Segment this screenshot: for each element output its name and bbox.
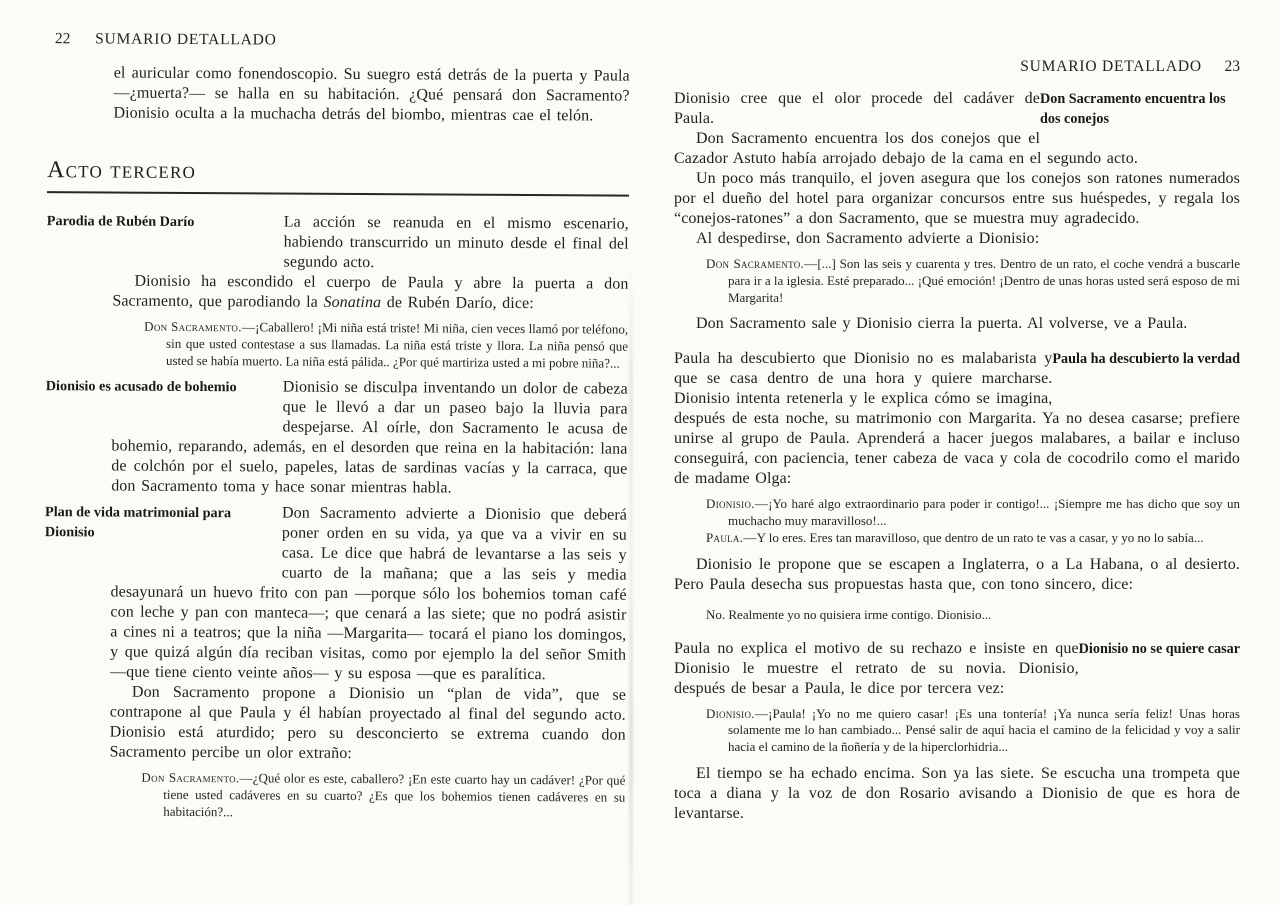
quote-line: Don Sacramento.—¿Qué olor es este, cabal… <box>141 770 625 823</box>
quote-speaker: Don Sacramento.— <box>141 770 252 786</box>
section-plan-vida: Plan de vida matrimonial para Dionisio D… <box>110 503 628 766</box>
margin-note-bohemio: Dionisio es acusado de bohemio <box>46 376 283 419</box>
quote-don-sacramento-hora: Don Sacramento.—[...] Son las seis y cua… <box>706 256 1240 306</box>
left-body-column: Parodia de Rubén Darío La acción se rean… <box>109 212 629 824</box>
quote-text: ¡Paula! ¡Yo no me quiero casar! ¡Es una … <box>728 706 1240 755</box>
quote-line: No. Realmente yo no quisiera irme contig… <box>706 607 1240 624</box>
running-head-title-right: SUMARIO DETALLADO <box>1020 58 1202 75</box>
heading-rule <box>47 191 629 197</box>
paragraph-sale-ve-paula: Don Sacramento sale y Dionisio cierra la… <box>674 314 1240 334</box>
paragraph-act2-continuation: el auricular como fonendoscopio. Su sueg… <box>113 64 629 127</box>
quote-speaker: Don Sacramento.— <box>144 319 255 335</box>
margin-note-plan-vida: Plan de vida matrimonial para Dionisio <box>45 502 282 565</box>
quote-dionisio-paula-dialogo: Dionisio.—¡Yo haré algo extraordinario p… <box>706 496 1240 546</box>
paragraph-plan-de-vida: Don Sacramento propone a Dionisio un “pl… <box>110 683 626 766</box>
page-left: 22 SUMARIO DETALLADO el auricular como f… <box>25 30 630 831</box>
book-spread-scan: 22 SUMARIO DETALLADO el auricular como f… <box>0 0 1280 905</box>
running-head-title-left: SUMARIO DETALLADO <box>95 30 277 48</box>
left-body-column-top: el auricular como fonendoscopio. Su sueg… <box>113 64 629 127</box>
quote-speaker: Don Sacramento.— <box>706 256 817 271</box>
running-head-left: 22 SUMARIO DETALLADO <box>55 30 630 52</box>
quote-speaker: Dionisio.— <box>706 496 768 511</box>
running-head-right: SUMARIO DETALLADO 23 <box>674 58 1240 76</box>
margin-note-no-casar: Dionisio no se quiere casar <box>1079 639 1240 681</box>
quote-paula-no-quisiera: No. Realmente yo no quisiera irme contig… <box>706 607 1240 624</box>
section-conejos: Don Sacramento encuentra los dos conejos… <box>674 89 1240 169</box>
margin-note-conejos: Don Sacramento encuentra los dos conejos <box>1040 89 1240 147</box>
quote-line: Don Sacramento.—[...] Son las seis y cua… <box>706 256 1240 306</box>
section-verdad: Paula ha descubierto la verdad Paula ha … <box>674 349 1240 489</box>
margin-note-parodia: Parodia de Rubén Darío <box>47 211 284 254</box>
page-number-left: 22 <box>55 30 71 47</box>
quote-text: ¡Yo haré algo extraordinario para poder … <box>728 496 1240 528</box>
quote-speaker: Dionisio.— <box>706 706 768 721</box>
paragraph-tiempo-echado-encima: El tiempo se ha echado encima. Son ya la… <box>674 764 1240 824</box>
quote-line: Paula.—Y lo eres. Eres tan maravilloso, … <box>706 530 1240 547</box>
quote-dionisio-no-casar: Dionisio.—¡Paula! ¡Yo no me quiero casar… <box>706 706 1240 756</box>
quote-don-sacramento-olor: Don Sacramento.—¿Qué olor es este, cabal… <box>141 770 625 823</box>
section-parodia: Parodia de Rubén Darío La acción se rean… <box>112 212 629 315</box>
paragraph-dionisio-escondido: Dionisio ha escondido el cuerpo de Paula… <box>112 272 628 315</box>
paragraph-al-despedirse: Al despedirse, don Sacramento advierte a… <box>674 229 1240 249</box>
quote-line: Dionisio.—¡Yo haré algo extraordinario p… <box>706 496 1240 530</box>
page-right: SUMARIO DETALLADO 23 Don Sacramento encu… <box>674 58 1240 824</box>
paragraph-tranquilo-ratones: Un poco más tranquilo, el joven asegura … <box>674 169 1240 229</box>
right-body-column: Don Sacramento encuentra los dos conejos… <box>674 89 1240 824</box>
quote-text: Y lo eres. Eres tan maravilloso, que den… <box>757 530 1204 545</box>
quote-line: Dionisio.—¡Paula! ¡Yo no me quiero casar… <box>706 706 1240 756</box>
quote-don-sacramento-nina: Don Sacramento.—¡Caballero! ¡Mi niña est… <box>144 319 628 372</box>
quote-speaker: Paula.— <box>706 530 757 545</box>
paragraph-propone-escapar: Dionisio le propone que se escapen a Ing… <box>674 555 1240 595</box>
quote-line: Don Sacramento.—¡Caballero! ¡Mi niña est… <box>144 319 628 372</box>
section-bohemio: Dionisio es acusado de bohemio Dionisio … <box>111 377 628 500</box>
paragraph-part: de Rubén Darío, dice: <box>381 294 534 312</box>
page-gutter-shadow <box>629 260 633 905</box>
italic-sonatina: Sonatina <box>323 294 381 311</box>
quote-text: No. Realmente yo no quisiera irme contig… <box>706 607 991 622</box>
margin-note-verdad: Paula ha descubierto la verdad <box>1052 349 1240 391</box>
section-no-casar: Dionisio no se quiere casar Paula no exp… <box>674 639 1240 699</box>
page-number-right: 23 <box>1225 58 1241 75</box>
section-heading-block: Acto tercero <box>47 157 629 197</box>
page-left-content: el auricular como fonendoscopio. Su sueg… <box>43 63 630 823</box>
section-heading-acto-tercero: Acto tercero <box>47 157 629 188</box>
